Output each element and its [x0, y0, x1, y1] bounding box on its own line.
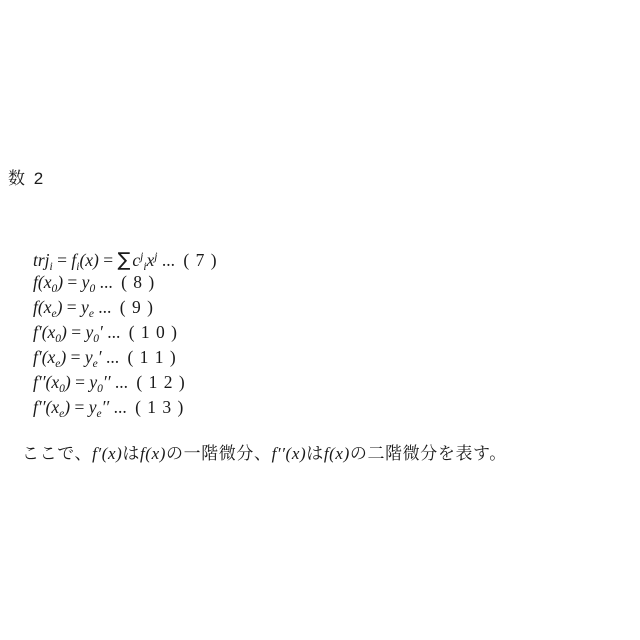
token-r: =: [62, 297, 81, 317]
token-m: y: [81, 297, 89, 317]
equation-number: ( 1 0 ): [125, 322, 178, 342]
note-text: ここで、f′(x)はf(x)の一階微分、f′′(x)はf(x)の二階微分を表す。: [22, 441, 632, 467]
token-m: f(x): [324, 444, 350, 463]
equation-number: ( 1 2 ): [132, 372, 185, 392]
token-r: =: [70, 397, 89, 417]
token-m: y: [89, 372, 97, 392]
token-r: =: [71, 372, 90, 392]
token-jp: は: [306, 444, 324, 463]
token-m: f(x: [33, 297, 51, 317]
equation-number: ( 1 1 ): [123, 347, 176, 367]
token-m: f′′(x): [272, 444, 307, 463]
token-r: =: [66, 347, 85, 367]
token-r: =: [67, 322, 86, 342]
token-m: f′(x: [33, 347, 55, 367]
token-r: ...: [102, 347, 124, 367]
equation-line: f′(xe) = ye′ ... ( 1 1 ): [33, 345, 218, 370]
token-m: f(x): [140, 444, 166, 463]
equation-line: f′′(xe) = ye′′ ... ( 1 3 ): [33, 395, 218, 420]
token-m: f′′(x: [33, 372, 59, 392]
equation-line: f′(x0) = y0′ ... ( 1 0 ): [33, 320, 218, 345]
equation-line: trji = fi(x) = ∑cjixj ... ( 7 ): [33, 245, 218, 270]
equation-line: f(xe) = ye ... ( 9 ): [33, 295, 218, 320]
token-m: f(x: [33, 272, 51, 292]
document-page: 数 2 trji = fi(x) = ∑cjixj ... ( 7 )f(x0)…: [0, 0, 640, 640]
token-sum: ∑: [118, 249, 131, 271]
token-jp: は: [122, 444, 140, 463]
equation-list: trji = fi(x) = ∑cjixj ... ( 7 )f(x0) = y…: [33, 245, 218, 420]
token-r: =: [63, 272, 82, 292]
equation-number: ( 1 3 ): [131, 397, 184, 417]
token-r: =: [53, 250, 72, 270]
token-m: f′(x): [92, 444, 122, 463]
formula-caption: 数 2: [8, 164, 45, 189]
token-r: ...: [158, 250, 180, 270]
token-r: ...: [109, 397, 131, 417]
token-m: y: [85, 347, 93, 367]
token-m: c: [132, 250, 140, 270]
token-jp: ここで、: [22, 444, 92, 463]
token-jp: の二階微分を表す。: [350, 444, 507, 463]
token-r: ...: [103, 322, 125, 342]
token-r: ...: [111, 372, 133, 392]
token-jp: の一階微分、: [166, 444, 272, 463]
token-m: f′(x: [33, 322, 55, 342]
token-r: =: [99, 250, 118, 270]
equation-number: ( 7 ): [179, 250, 217, 270]
token-m: f′′(x: [33, 397, 59, 417]
equation-number: ( 9 ): [116, 297, 154, 317]
token-r: ...: [95, 272, 117, 292]
equation-line: f(x0) = y0 ... ( 8 ): [33, 270, 218, 295]
equation-number: ( 8 ): [117, 272, 155, 292]
token-m: trj: [33, 250, 50, 270]
token-r: ...: [94, 297, 116, 317]
equation-line: f′′(x0) = y0′′ ... ( 1 2 ): [33, 370, 218, 395]
token-m: ′′: [103, 372, 111, 392]
token-m: (x): [79, 250, 98, 270]
